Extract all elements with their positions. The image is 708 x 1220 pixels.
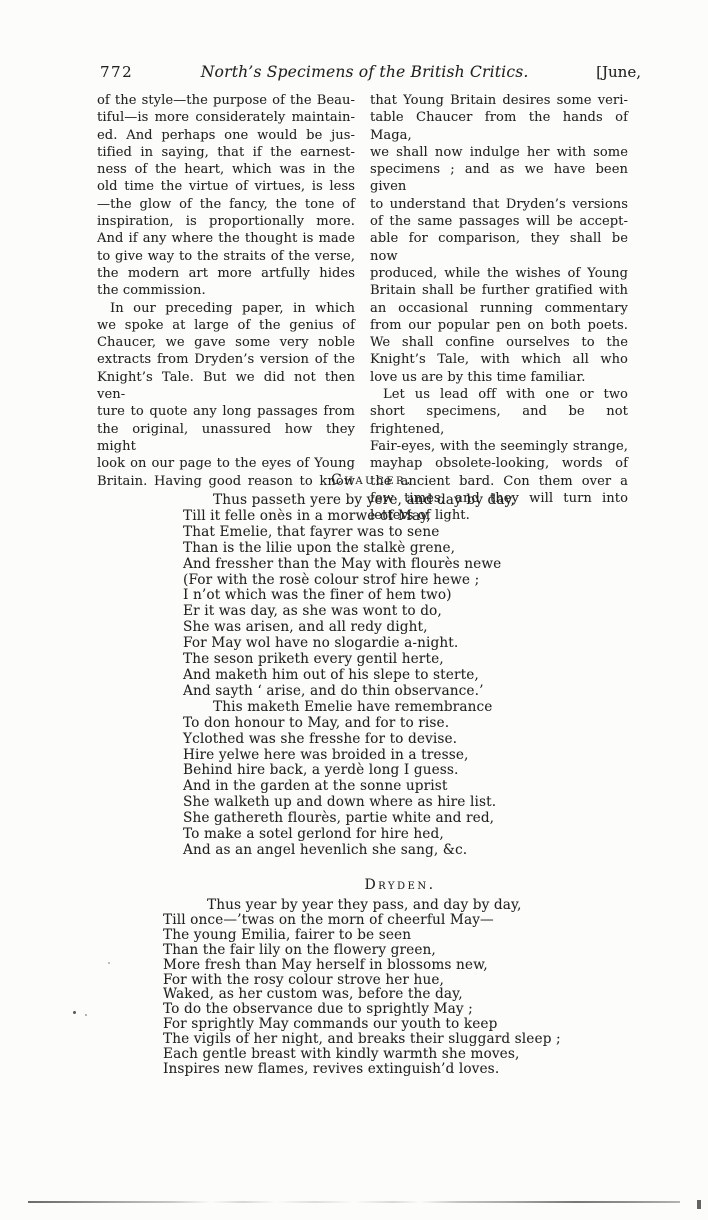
text-line: to give way to the straits of the verse, (97, 248, 355, 265)
scan-artifact-dot (108, 962, 110, 964)
poem-line: The vigils of her night, and breaks thei… (163, 1032, 637, 1047)
text-line: Knight’s Tale. But we did not then ven- (97, 369, 355, 404)
text-line: the modern art more artfully hides (97, 265, 355, 282)
page-number: 772 (100, 63, 133, 81)
poem-line: For with the rosy colour strove her hue, (163, 973, 637, 988)
left-column: of the style—the purpose of the Beau-tif… (97, 92, 355, 524)
poem-line: Than is the lilie upon the stalkè grene, (183, 541, 561, 557)
text-line: And if any where the thought is made (97, 230, 355, 247)
text-line: extracts from Dryden’s version of the (97, 351, 355, 368)
poem-line: Thus passeth yere by yere, and day by da… (183, 493, 561, 509)
poem-line: Inspires new flames, revives extinguish’… (163, 1062, 637, 1077)
poem-line: She gathereth flourès, partie white and … (183, 811, 561, 827)
text-line: Britain shall be further gratified with (370, 282, 628, 299)
text-line: of the same passages will be accept- (370, 213, 628, 230)
text-line: ed. And perhaps one would be jus- (97, 127, 355, 144)
poem-line: Each gentle breast with kindly warmth sh… (163, 1047, 637, 1062)
poem-line: Waked, as her custom was, before the day… (163, 987, 637, 1002)
poem-line: I n’ot which was the finer of hem two) (183, 588, 561, 604)
poem-line: Yclothed was she fresshe for to devise. (183, 732, 561, 748)
poem-line: More fresh than May herself in blossoms … (163, 958, 637, 973)
text-line: of the style—the purpose of the Beau- (97, 92, 355, 109)
text-line: Knight’s Tale, with which all who (370, 351, 628, 368)
poem-line: Thus year by year they pass, and day by … (163, 898, 637, 913)
text-line: love us are by this time familiar. (370, 369, 628, 386)
chaucer-heading: Chaucer. (183, 472, 561, 488)
text-line: old time the virtue of virtues, is less (97, 178, 355, 195)
text-line: to understand that Dryden’s versions (370, 196, 628, 213)
poem-line: (For with the rosè colour strof hire hew… (183, 573, 561, 589)
scanned-page: 772 North’s Specimens of the British Cri… (0, 0, 708, 1220)
chaucer-section: Chaucer. Thus passeth yere by yere, and … (183, 472, 561, 859)
text-line: tiful—is more considerately maintain- (97, 109, 355, 126)
chaucer-poem: Thus passeth yere by yere, and day by da… (183, 493, 561, 859)
poem-line: Till once—’twas on the morn of cheerful … (163, 913, 637, 928)
poem-line: For sprightly May commands our youth to … (163, 1017, 637, 1032)
text-line: we spoke at large of the genius of (97, 317, 355, 334)
poem-line: She walketh up and down where as hire li… (183, 795, 561, 811)
poem-line: For May wol have no slogardie a-night. (183, 636, 561, 652)
poem-line: And in the garden at the sonne uprist (183, 779, 561, 795)
text-line: Chaucer, we gave some very noble (97, 334, 355, 351)
poem-line: She was arisen, and all redy dight, (183, 620, 561, 636)
poem-line: To don honour to May, and for to rise. (183, 716, 561, 732)
text-line: an occasional running commentary (370, 300, 628, 317)
dryden-poem: Thus year by year they pass, and day by … (163, 898, 637, 1077)
poem-line: Er it was day, as she was wont to do, (183, 604, 561, 620)
text-line: produced, while the wishes of Young (370, 265, 628, 282)
text-line: that Young Britain desires some veri- (370, 92, 628, 109)
page-bottom-scan-line (28, 1201, 680, 1203)
right-column: that Young Britain desires some veri-tab… (370, 92, 628, 524)
poem-line: And fressher than the May with flourès n… (183, 557, 561, 573)
text-line: ness of the heart, which was in the (97, 161, 355, 178)
issue-date: [June, (596, 63, 641, 81)
text-line: we shall now indulge her with some (370, 144, 628, 161)
scan-corner-mark (697, 1200, 701, 1209)
text-line: specimens ; and as we have been given (370, 161, 628, 196)
poem-line: And as an angel hevenlich she sang, &c. (183, 843, 561, 859)
poem-line: To do the observance due to sprightly Ma… (163, 1002, 637, 1017)
poem-line: Till it felle onès in a morwe of May, (183, 509, 561, 525)
dryden-heading: Dryden. (163, 877, 637, 893)
scan-artifact-dot (73, 1011, 76, 1014)
text-line: tified in saying, that if the earnest- (97, 144, 355, 161)
text-line: short specimens, and be not frightened, (370, 403, 628, 438)
text-line: able for comparison, they shall be now (370, 230, 628, 265)
poem-line: And sayth ‘ arise, and do thin observanc… (183, 684, 561, 700)
text-line: Fair-eyes, with the seemingly strange, (370, 438, 628, 455)
poem-line: The young Emilia, fairer to be seen (163, 928, 637, 943)
text-line: —the glow of the fancy, the tone of (97, 196, 355, 213)
text-line: We shall confine ourselves to the (370, 334, 628, 351)
dryden-section: Dryden. Thus year by year they pass, and… (163, 877, 637, 1077)
running-header: 772 North’s Specimens of the British Cri… (100, 63, 641, 81)
poem-line: This maketh Emelie have remembrance (183, 700, 561, 716)
poem-line: To make a sotel gerlond for hire hed, (183, 827, 561, 843)
text-line: table Chaucer from the hands of Maga, (370, 109, 628, 144)
text-line: the commission. (97, 282, 355, 299)
poem-line: That Emelie, that fayrer was to sene (183, 525, 561, 541)
poem-line: Hire yelwe here was broided in a tresse, (183, 748, 561, 764)
poem-line: The seson priketh every gentil herte, (183, 652, 561, 668)
scan-artifact-dot (85, 1014, 87, 1016)
poem-line: Than the fair lily on the flowery green, (163, 943, 637, 958)
running-title: North’s Specimens of the British Critics… (133, 63, 596, 81)
text-line: ture to quote any long passages from (97, 403, 355, 420)
text-line: mayhap obsolete-looking, words of (370, 455, 628, 472)
text-line: In our preceding paper, in which (97, 300, 355, 317)
two-column-body: of the style—the purpose of the Beau-tif… (97, 92, 628, 524)
poem-line: Behind hire back, a yerdè long I guess. (183, 763, 561, 779)
text-line: inspiration, is proportionally more. (97, 213, 355, 230)
text-line: Let us lead off with one or two (370, 386, 628, 403)
text-line: the original, unassured how they might (97, 421, 355, 456)
text-line: from our popular pen on both poets. (370, 317, 628, 334)
text-line: look on our page to the eyes of Young (97, 455, 355, 472)
poem-line: And maketh him out of his slepe to stert… (183, 668, 561, 684)
